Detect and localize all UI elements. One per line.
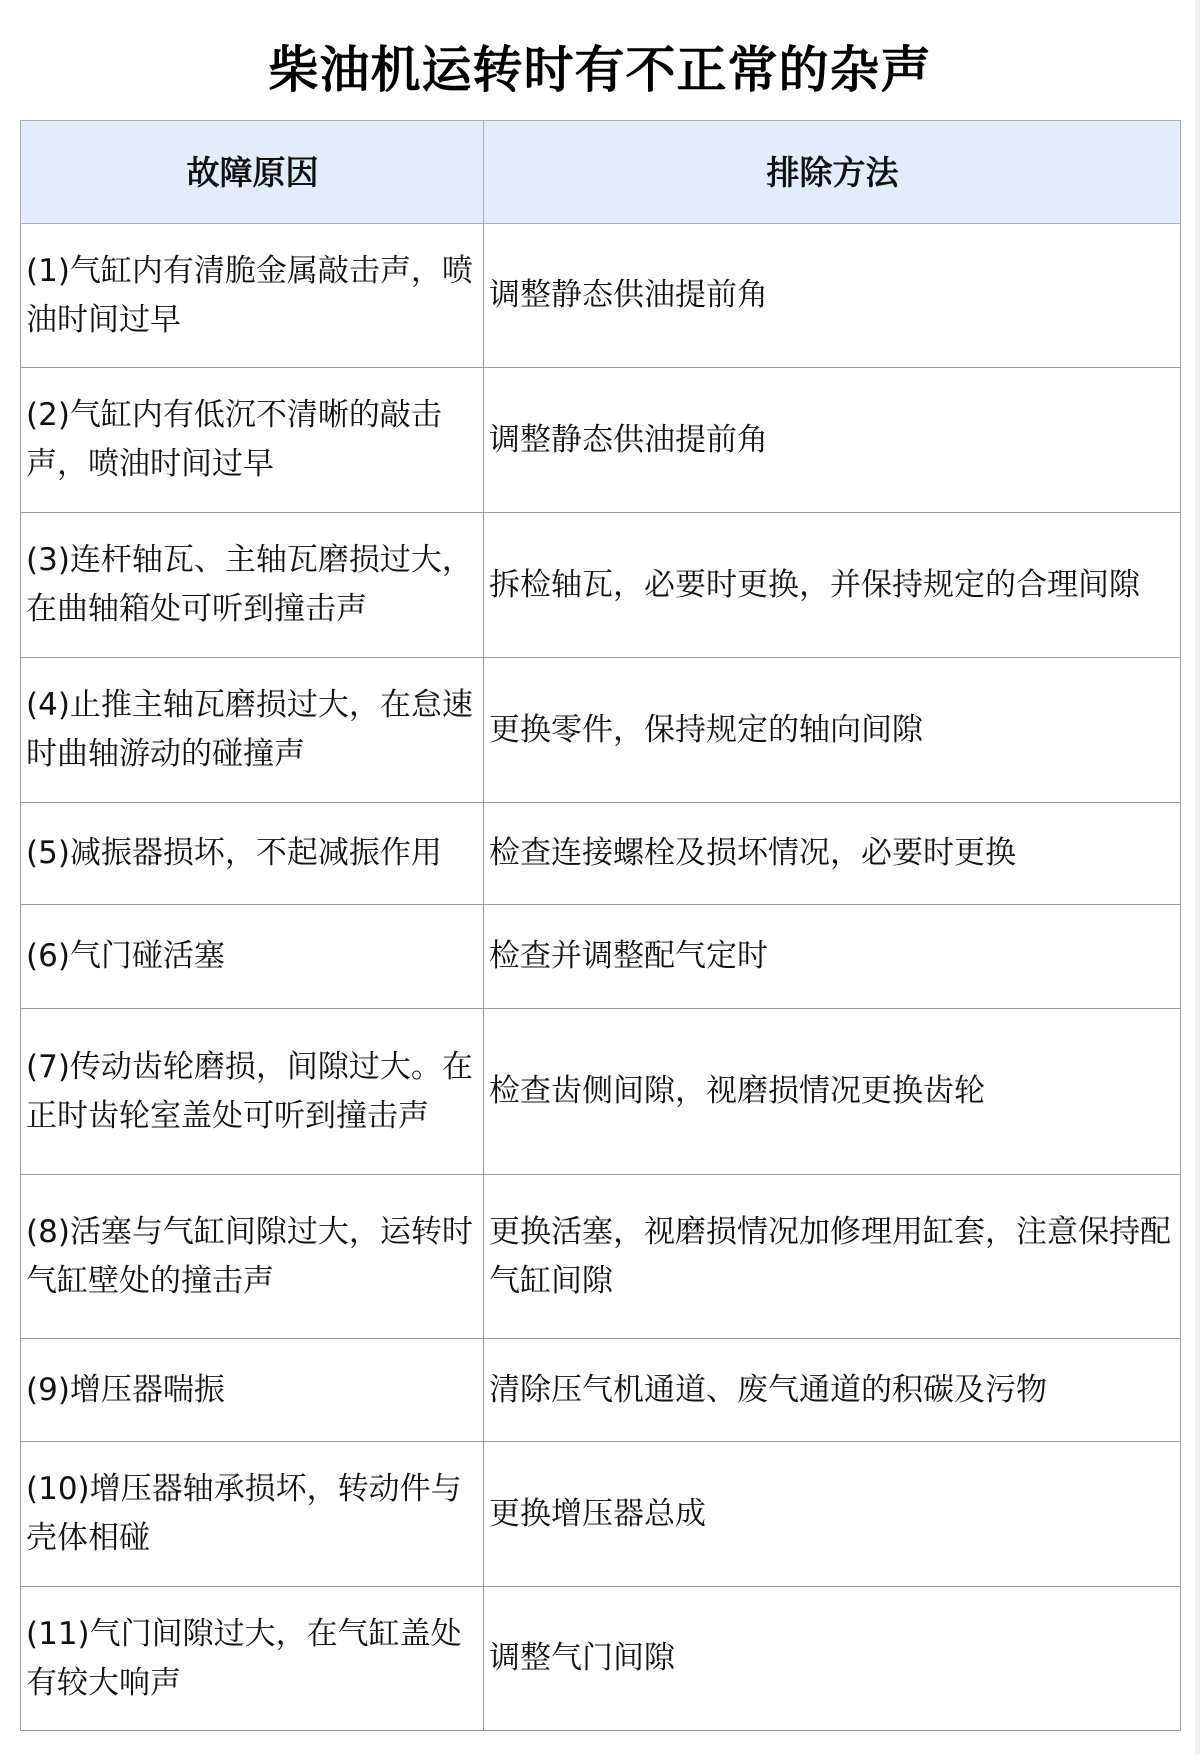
cause-cell: (5)减振器损坏，不起减振作用 (21, 803, 484, 905)
cause-cell: (8)活塞与气缸间隙过大，运转时气缸壁处的撞击声 (21, 1175, 484, 1339)
page-title: 柴油机运转时有不正常的杂声 (0, 28, 1200, 112)
cause-cell: (3)连杆轴瓦、主轴瓦磨损过大，在曲轴箱处可听到撞击声 (21, 513, 484, 658)
cause-cell: (7)传动齿轮磨损，间隙过大。在正时齿轮室盖处可听到撞击声 (21, 1009, 484, 1175)
table-row: (1)气缸内有清脆金属敲击声，喷油时间过早调整静态供油提前角 (21, 224, 1181, 368)
table-row: (5)减振器损坏，不起减振作用检查连接螺栓及损坏情况，必要时更换 (21, 803, 1181, 905)
table-row: (3)连杆轴瓦、主轴瓦磨损过大，在曲轴箱处可听到撞击声拆检轴瓦，必要时更换，并保… (21, 513, 1181, 658)
table-row: (8)活塞与气缸间隙过大，运转时气缸壁处的撞击声更换活塞，视磨损情况加修理用缸套… (21, 1175, 1181, 1339)
table-row: (11)气门间隙过大，在气缸盖处有较大响声调整气门间隙 (21, 1587, 1181, 1731)
table-row: (4)止推主轴瓦磨损过大，在怠速时曲轴游动的碰撞声更换零件，保持规定的轴向间隙 (21, 658, 1181, 803)
column-header-cause: 故障原因 (21, 121, 484, 224)
cause-cell: (1)气缸内有清脆金属敲击声，喷油时间过早 (21, 224, 484, 368)
table-row: (9)增压器喘振清除压气机通道、废气通道的积碳及污物 (21, 1339, 1181, 1442)
table-row: (7)传动齿轮磨损，间隙过大。在正时齿轮室盖处可听到撞击声检查齿侧间隙，视磨损情… (21, 1009, 1181, 1175)
vertical-scrollbar[interactable] (1195, 0, 1200, 1755)
remedy-cell: 更换零件，保持规定的轴向间隙 (484, 658, 1181, 803)
cause-cell: (10)增压器轴承损坏，转动件与壳体相碰 (21, 1442, 484, 1587)
table-row: (2)气缸内有低沉不清晰的敲击声，喷油时间过早调整静态供油提前角 (21, 368, 1181, 513)
remedy-cell: 更换增压器总成 (484, 1442, 1181, 1587)
remedy-cell: 更换活塞，视磨损情况加修理用缸套，注意保持配气缸间隙 (484, 1175, 1181, 1339)
table-header-row: 故障原因 排除方法 (21, 121, 1181, 224)
cause-cell: (2)气缸内有低沉不清晰的敲击声，喷油时间过早 (21, 368, 484, 513)
cause-cell: (9)增压器喘振 (21, 1339, 484, 1442)
remedy-cell: 调整静态供油提前角 (484, 368, 1181, 513)
remedy-cell: 检查并调整配气定时 (484, 905, 1181, 1009)
cause-cell: (4)止推主轴瓦磨损过大，在怠速时曲轴游动的碰撞声 (21, 658, 484, 803)
fault-table: 故障原因 排除方法 (1)气缸内有清脆金属敲击声，喷油时间过早调整静态供油提前角… (20, 120, 1181, 1731)
cause-cell: (6)气门碰活塞 (21, 905, 484, 1009)
table-row: (10)增压器轴承损坏，转动件与壳体相碰更换增压器总成 (21, 1442, 1181, 1587)
remedy-cell: 检查连接螺栓及损坏情况，必要时更换 (484, 803, 1181, 905)
remedy-cell: 清除压气机通道、废气通道的积碳及污物 (484, 1339, 1181, 1442)
remedy-cell: 拆检轴瓦，必要时更换，并保持规定的合理间隙 (484, 513, 1181, 658)
remedy-cell: 调整气门间隙 (484, 1587, 1181, 1731)
table-row: (6)气门碰活塞检查并调整配气定时 (21, 905, 1181, 1009)
remedy-cell: 调整静态供油提前角 (484, 224, 1181, 368)
remedy-cell: 检查齿侧间隙，视磨损情况更换齿轮 (484, 1009, 1181, 1175)
cause-cell: (11)气门间隙过大，在气缸盖处有较大响声 (21, 1587, 484, 1731)
column-header-remedy: 排除方法 (484, 121, 1181, 224)
